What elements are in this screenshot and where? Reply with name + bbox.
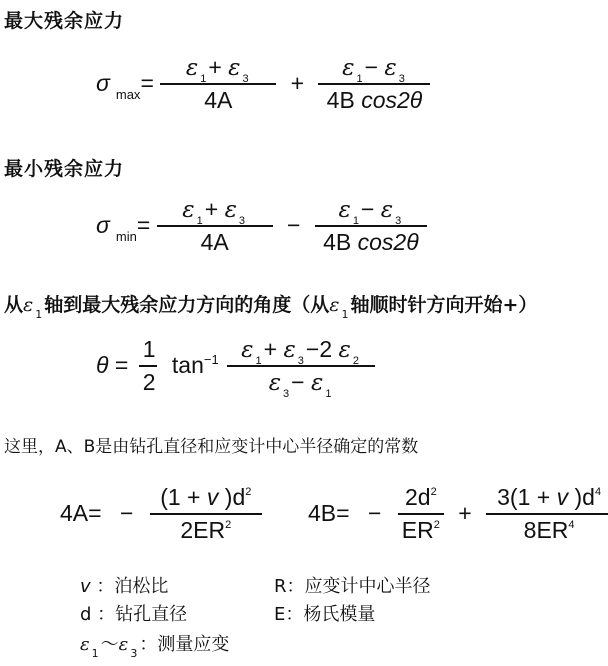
formula-4b: 4B= − 2d2 ER2 + 3(1 + v )d4 8ER4 (308, 484, 608, 544)
formula-theta: θ = 1 2 tan−1 ε1+ ε3−2 ε2 ε3− ε1 (96, 336, 375, 396)
formula-4a: 4A= − (1 + v )d2 2ER2 (60, 484, 262, 544)
fraction-sum-over-4a: ε1+ ε3 4A (157, 196, 273, 256)
legend-gauge-center-radius: R：应变计中心半径 (274, 572, 431, 598)
fraction-diff-over-4b-cos: ε1− ε3 4B cos2θ (318, 54, 430, 114)
legend-youngs-modulus: E：杨氏模量 (274, 600, 375, 626)
formula-sigma-max: σmax= ε1+ ε3 4A + ε1− ε3 4B cos2θ (96, 54, 430, 114)
legend-hole-diameter: d ：钻孔直径 (80, 600, 187, 626)
fraction-one-half: 1 2 (139, 336, 160, 396)
fraction-angle-arg: ε1+ ε3−2 ε2 ε3− ε1 (227, 336, 375, 396)
heading-max-residual-stress: 最大残余应力 (4, 6, 124, 33)
heading-min-residual-stress: 最小残余应力 (4, 154, 124, 181)
fraction-diff-over-4b-cos: ε1− ε3 4B cos2θ (315, 196, 427, 256)
constants-note: 这里，A、B是由钻孔直径和应变计中心半径确定的常数 (4, 432, 418, 457)
fraction-4a: (1 + v )d2 2ER2 (150, 484, 262, 544)
legend-poisson-ratio: v ：泊松比 (80, 572, 168, 598)
heading-principal-angle: 从ε1轴到最大残余应力方向的角度（从ε1轴顺时针方向开始+） (4, 290, 537, 317)
legend-measured-strain: ε1～ε3：测量应变 (80, 630, 229, 656)
fraction-4b-second: 3(1 + v )d4 8ER4 (486, 484, 608, 544)
formula-sigma-min: σmin= ε1+ ε3 4A − ε1− ε3 4B cos2θ (96, 196, 427, 256)
fraction-sum-over-4a: ε1+ ε3 4A (160, 54, 276, 114)
fraction-4b-first: 2d2 ER2 (398, 484, 444, 544)
